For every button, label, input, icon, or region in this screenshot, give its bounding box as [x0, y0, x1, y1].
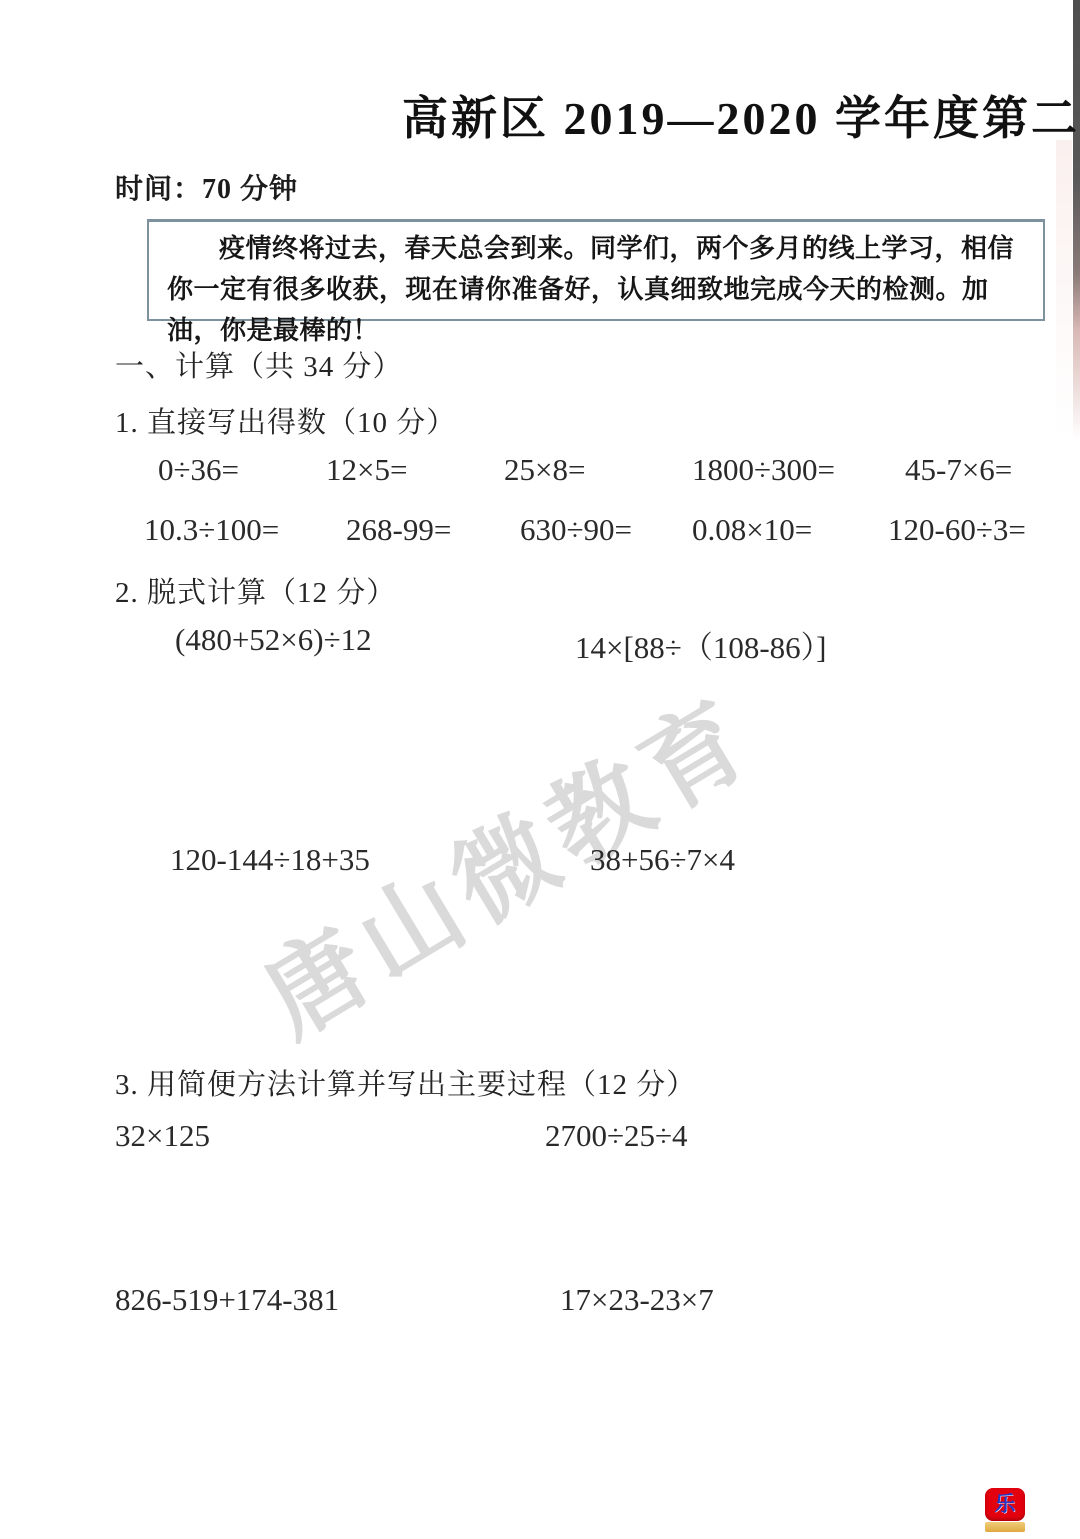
question3-heading: 3. 用简便方法计算并写出主要过程（12 分）	[115, 1062, 696, 1103]
q1-problem: 120-60÷3=	[888, 512, 1026, 548]
q3-problem: 826-519+174-381	[115, 1282, 339, 1318]
q2-problem: 120-144÷18+35	[170, 842, 370, 878]
publisher-logo-badge: 乐	[985, 1488, 1025, 1521]
q3-problem: 2700÷25÷4	[545, 1118, 688, 1154]
q3-problem: 17×23-23×7	[560, 1282, 714, 1318]
q1-problem: 630÷90=	[520, 512, 632, 548]
notice-text: 疫情终将过去，春天总会到来。同学们，两个多月的线上学习，相信你一定有很多收获，现…	[167, 228, 1025, 351]
q1-problem: 10.3÷100=	[144, 512, 279, 548]
q2-problem: 38+56÷7×4	[590, 842, 735, 878]
q1-problem: 45-7×6=	[905, 452, 1012, 488]
q3-problem: 32×125	[115, 1118, 210, 1154]
q1-problem: 268-99=	[346, 512, 451, 548]
page-content: 高新区 2019—2020 学年度第二学期 时间：70 分钟 疫情终将过去，春天…	[0, 0, 1080, 1539]
q1-problem: 0÷36=	[158, 452, 239, 488]
q1-problem: 1800÷300=	[692, 452, 835, 488]
publisher-logo-glyph: 乐	[995, 1494, 1016, 1515]
time-info: 时间：70 分钟	[115, 167, 298, 207]
publisher-logo: 乐	[985, 1488, 1027, 1532]
exam-title: 高新区 2019—2020 学年度第二学期	[402, 82, 1080, 148]
q1-problem: 25×8=	[504, 452, 585, 488]
exam-page: 唐山微教育 高新区 2019—2020 学年度第二学期 时间：70 分钟 疫情终…	[0, 0, 1080, 1539]
q2-problem: 14×[88÷（108-86）]	[575, 622, 826, 667]
q1-problem: 12×5=	[326, 452, 407, 488]
q1-problem: 0.08×10=	[692, 512, 812, 548]
q2-problem: (480+52×6)÷12	[175, 622, 372, 658]
publisher-logo-banner	[985, 1522, 1025, 1532]
question2-heading: 2. 脱式计算（12 分）	[115, 570, 396, 611]
section1-heading: 一、计算（共 34 分）	[115, 344, 403, 385]
question1-heading: 1. 直接写出得数（10 分）	[115, 400, 456, 441]
notice-box: 疫情终将过去，春天总会到来。同学们，两个多月的线上学习，相信你一定有很多收获，现…	[147, 219, 1045, 321]
